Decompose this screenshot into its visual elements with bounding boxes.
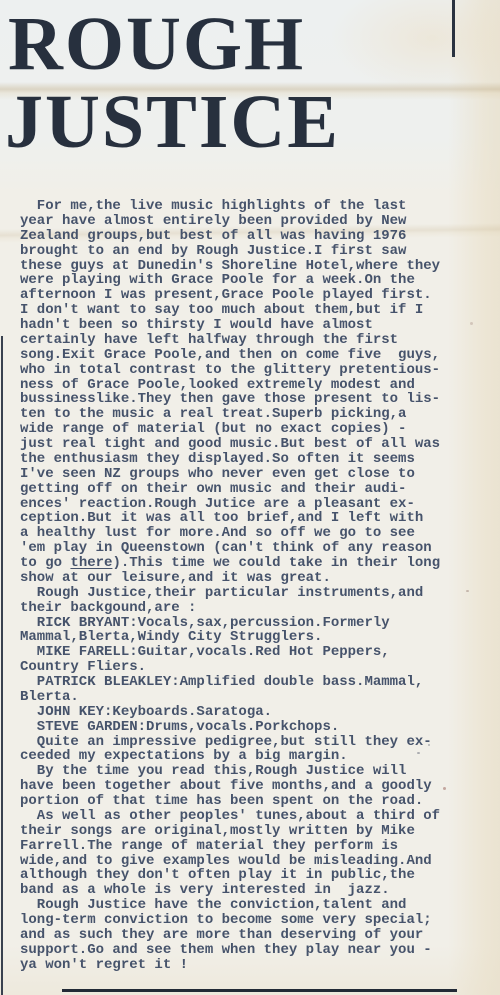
body-line: ception.But it was all too brief,and I l… <box>20 511 480 526</box>
body-line: PATRICK BLEAKLEY:Amplified double bass.M… <box>20 675 480 690</box>
body-line: their songs are original,mostly written … <box>20 824 480 839</box>
body-line: Country Fliers. <box>20 660 480 675</box>
body-line: the enthusiasm they displayed.So often i… <box>20 452 480 467</box>
body-line: ya won't regret it ! <box>20 958 480 973</box>
body-line: I've seen NZ groups who never even get c… <box>20 467 480 482</box>
body-line: STEVE GARDEN:Drums,vocals.Porkchops. <box>20 720 480 735</box>
body-line: Rough Justice have the conviction,talent… <box>20 898 480 913</box>
body-line: getting off on their own music and their… <box>20 482 480 497</box>
article-end-rule <box>62 989 457 992</box>
body-line: For me,the live music highlights of the … <box>20 199 480 214</box>
body-line: long-term conviction to become some very… <box>20 913 480 928</box>
body-line: 'em play in Queenstown (can't think of a… <box>20 541 480 556</box>
body-line: song.Exit Grace Poole,and then on come f… <box>20 348 480 363</box>
body-line: Quite an impressive pedigree,but still t… <box>20 735 480 750</box>
headline-line2: JUSTICE <box>5 84 340 160</box>
body-line: brought to an end by Rough Justice.I fir… <box>20 244 480 259</box>
body-line: just real tight and good music.But best … <box>20 437 480 452</box>
body-line: JOHN KEY:Keyboards.Saratoga. <box>20 705 480 720</box>
body-line: have been together about five months,and… <box>20 779 480 794</box>
body-line: ceeded my expectations by a big margin. <box>20 749 480 764</box>
body-line: RICK BRYANT:Vocals,sax,percussion.Former… <box>20 616 480 631</box>
body-line: ten to the music a real treat.Superb pic… <box>20 407 480 422</box>
body-line: afternoon I was present,Grace Poole play… <box>20 288 480 303</box>
body-line: certainly have left halfway through the … <box>20 333 480 348</box>
body-line: ness of Grace Poole,looked extremely mod… <box>20 378 480 393</box>
article-body: For me,the live music highlights of the … <box>20 199 480 973</box>
paper-stain-top-right <box>330 0 500 95</box>
body-line: who in total contrast to the glittery pr… <box>20 363 480 378</box>
column-rule-top-right <box>452 0 455 57</box>
body-line: and as such they are more than deserving… <box>20 928 480 943</box>
body-line: were playing with Grace Poole for a week… <box>20 273 480 288</box>
body-line: year have almost entirely been provided … <box>20 214 480 229</box>
body-line: a healthy lust for more.And so off we go… <box>20 526 480 541</box>
column-rule-left <box>1 336 3 995</box>
body-line: band as a whole is very interested in ja… <box>20 883 480 898</box>
body-line: show at our leisure,and it was great. <box>20 571 480 586</box>
underlined-word: there <box>70 555 112 571</box>
body-line: Farrell.The range of material they perfo… <box>20 839 480 854</box>
body-line: Blerta. <box>20 690 480 705</box>
body-line: Mammal,Blerta,Windy City Strugglers. <box>20 630 480 645</box>
body-line: I don't want to say too much about them,… <box>20 303 480 318</box>
body-line: ences' reaction.Rough Jutice are a pleas… <box>20 497 480 512</box>
body-line: hadn't been so thirsty I would have almo… <box>20 318 480 333</box>
body-line: MIKE FARELL:Guitar,vocals.Red Hot Pepper… <box>20 645 480 660</box>
headline-line1: ROUGH <box>8 6 305 82</box>
body-line: bussinesslike.They then gave those prese… <box>20 392 480 407</box>
body-line: support.Go and see them when they play n… <box>20 943 480 958</box>
body-line: By the time you read this,Rough Justice … <box>20 764 480 779</box>
body-line: although they don't often play it in pub… <box>20 868 480 883</box>
body-line: Rough Justice,their particular instrumen… <box>20 586 480 601</box>
body-line: wide range of material (but no exact cop… <box>20 422 480 437</box>
body-line: As well as other peoples' tunes,about a … <box>20 809 480 824</box>
body-line: these guys at Dunedin's Shoreline Hotel,… <box>20 259 480 274</box>
body-line: wide,and to give examples would be misle… <box>20 854 480 869</box>
body-line: to go there).This time we could take in … <box>20 556 480 571</box>
newspaper-clipping: ROUGH JUSTICE For me,the live music high… <box>0 0 500 995</box>
body-line: their backgound,are : <box>20 601 480 616</box>
body-line: Zealand groups,but best of all was havin… <box>20 229 480 244</box>
body-line: portion of that time has been spent on t… <box>20 794 480 809</box>
